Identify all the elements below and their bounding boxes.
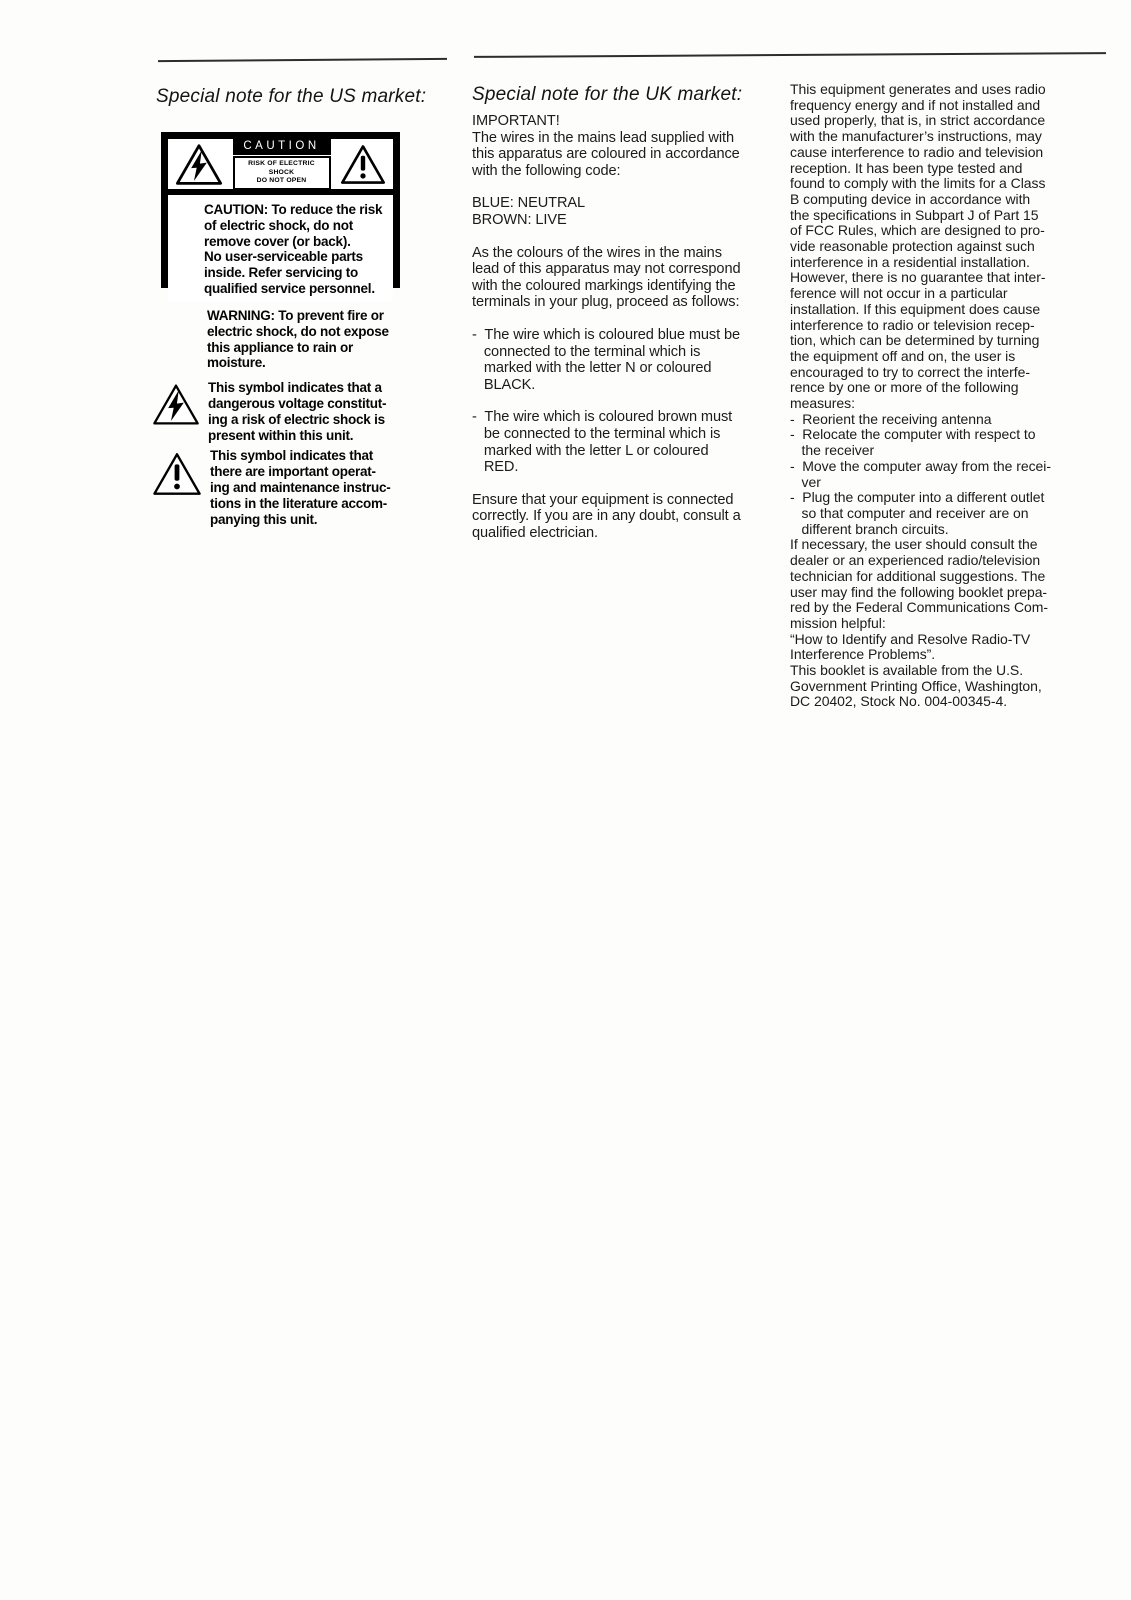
attention-icon bbox=[341, 143, 385, 186]
attention-icon bbox=[153, 451, 201, 497]
fcc-notice-section: This equipment generates and uses radio … bbox=[790, 82, 1110, 710]
caution-label-center: CAUTION RISK OF ELECTRIC SHOCK DO NOT OP… bbox=[233, 138, 331, 190]
us-market-title: Special note for the US market: bbox=[156, 86, 465, 108]
caution-heading: CAUTION bbox=[233, 138, 331, 155]
literature-symbol-row: This symbol indicates that there are imp… bbox=[153, 448, 465, 527]
caution-label-body-panel: CAUTION: To reduce the risk of electric … bbox=[168, 195, 393, 301]
us-market-section: Special note for the US market: CAUTION … bbox=[155, 86, 465, 527]
uk-intro-text: The wires in the mains lead supplied wit… bbox=[472, 130, 788, 180]
caution-label-header: CAUTION RISK OF ELECTRIC SHOCK DO NOT OP… bbox=[168, 139, 393, 189]
literature-symbol-text: This symbol indicates that there are imp… bbox=[210, 448, 391, 527]
voltage-symbol-row: This symbol indicates that a dangerous v… bbox=[153, 380, 465, 443]
high-voltage-icon bbox=[153, 383, 199, 426]
uk-explanation-text: As the colours of the wires in the mains… bbox=[472, 245, 788, 311]
top-divider-right bbox=[474, 52, 1106, 58]
uk-closing-text: Ensure that your equipment is connected … bbox=[472, 492, 788, 542]
uk-important-label: IMPORTANT! bbox=[472, 113, 788, 130]
risk-line-2: DO NOT OPEN bbox=[235, 177, 329, 186]
uk-market-section: Special note for the UK market: IMPORTAN… bbox=[472, 84, 788, 541]
risk-line-1: RISK OF ELECTRIC SHOCK bbox=[235, 160, 329, 177]
fcc-paragraph-2: If necessary, the user should consult th… bbox=[790, 537, 1110, 710]
fcc-corrective-measures-list: - Reorient the receiving antenna - Reloc… bbox=[790, 412, 1110, 538]
caution-label-plate: CAUTION RISK OF ELECTRIC SHOCK DO NOT OP… bbox=[161, 132, 400, 288]
high-voltage-icon bbox=[176, 143, 222, 186]
uk-wire-colour-code: BLUE: NEUTRAL BROWN: LIVE bbox=[472, 195, 788, 228]
top-divider-left bbox=[158, 58, 447, 62]
voltage-symbol-text: This symbol indicates that a dangerous v… bbox=[208, 380, 386, 443]
uk-bullet-blue-wire: - The wire which is coloured blue must b… bbox=[472, 327, 788, 393]
fcc-paragraph-1: This equipment generates and uses radio … bbox=[790, 82, 1110, 412]
warning-block: WARNING: To prevent fire or electric sho… bbox=[207, 308, 465, 371]
manual-page: Special note for the US market: CAUTION … bbox=[0, 0, 1131, 1600]
caution-body-text: CAUTION: To reduce the risk of electric … bbox=[204, 202, 389, 297]
uk-bullet-brown-wire: - The wire which is coloured brown must … bbox=[472, 409, 788, 475]
uk-market-title: Special note for the UK market: bbox=[472, 84, 788, 106]
warning-text: WARNING: To prevent fire or electric sho… bbox=[207, 308, 465, 371]
risk-warning-box: RISK OF ELECTRIC SHOCK DO NOT OPEN bbox=[233, 156, 331, 190]
